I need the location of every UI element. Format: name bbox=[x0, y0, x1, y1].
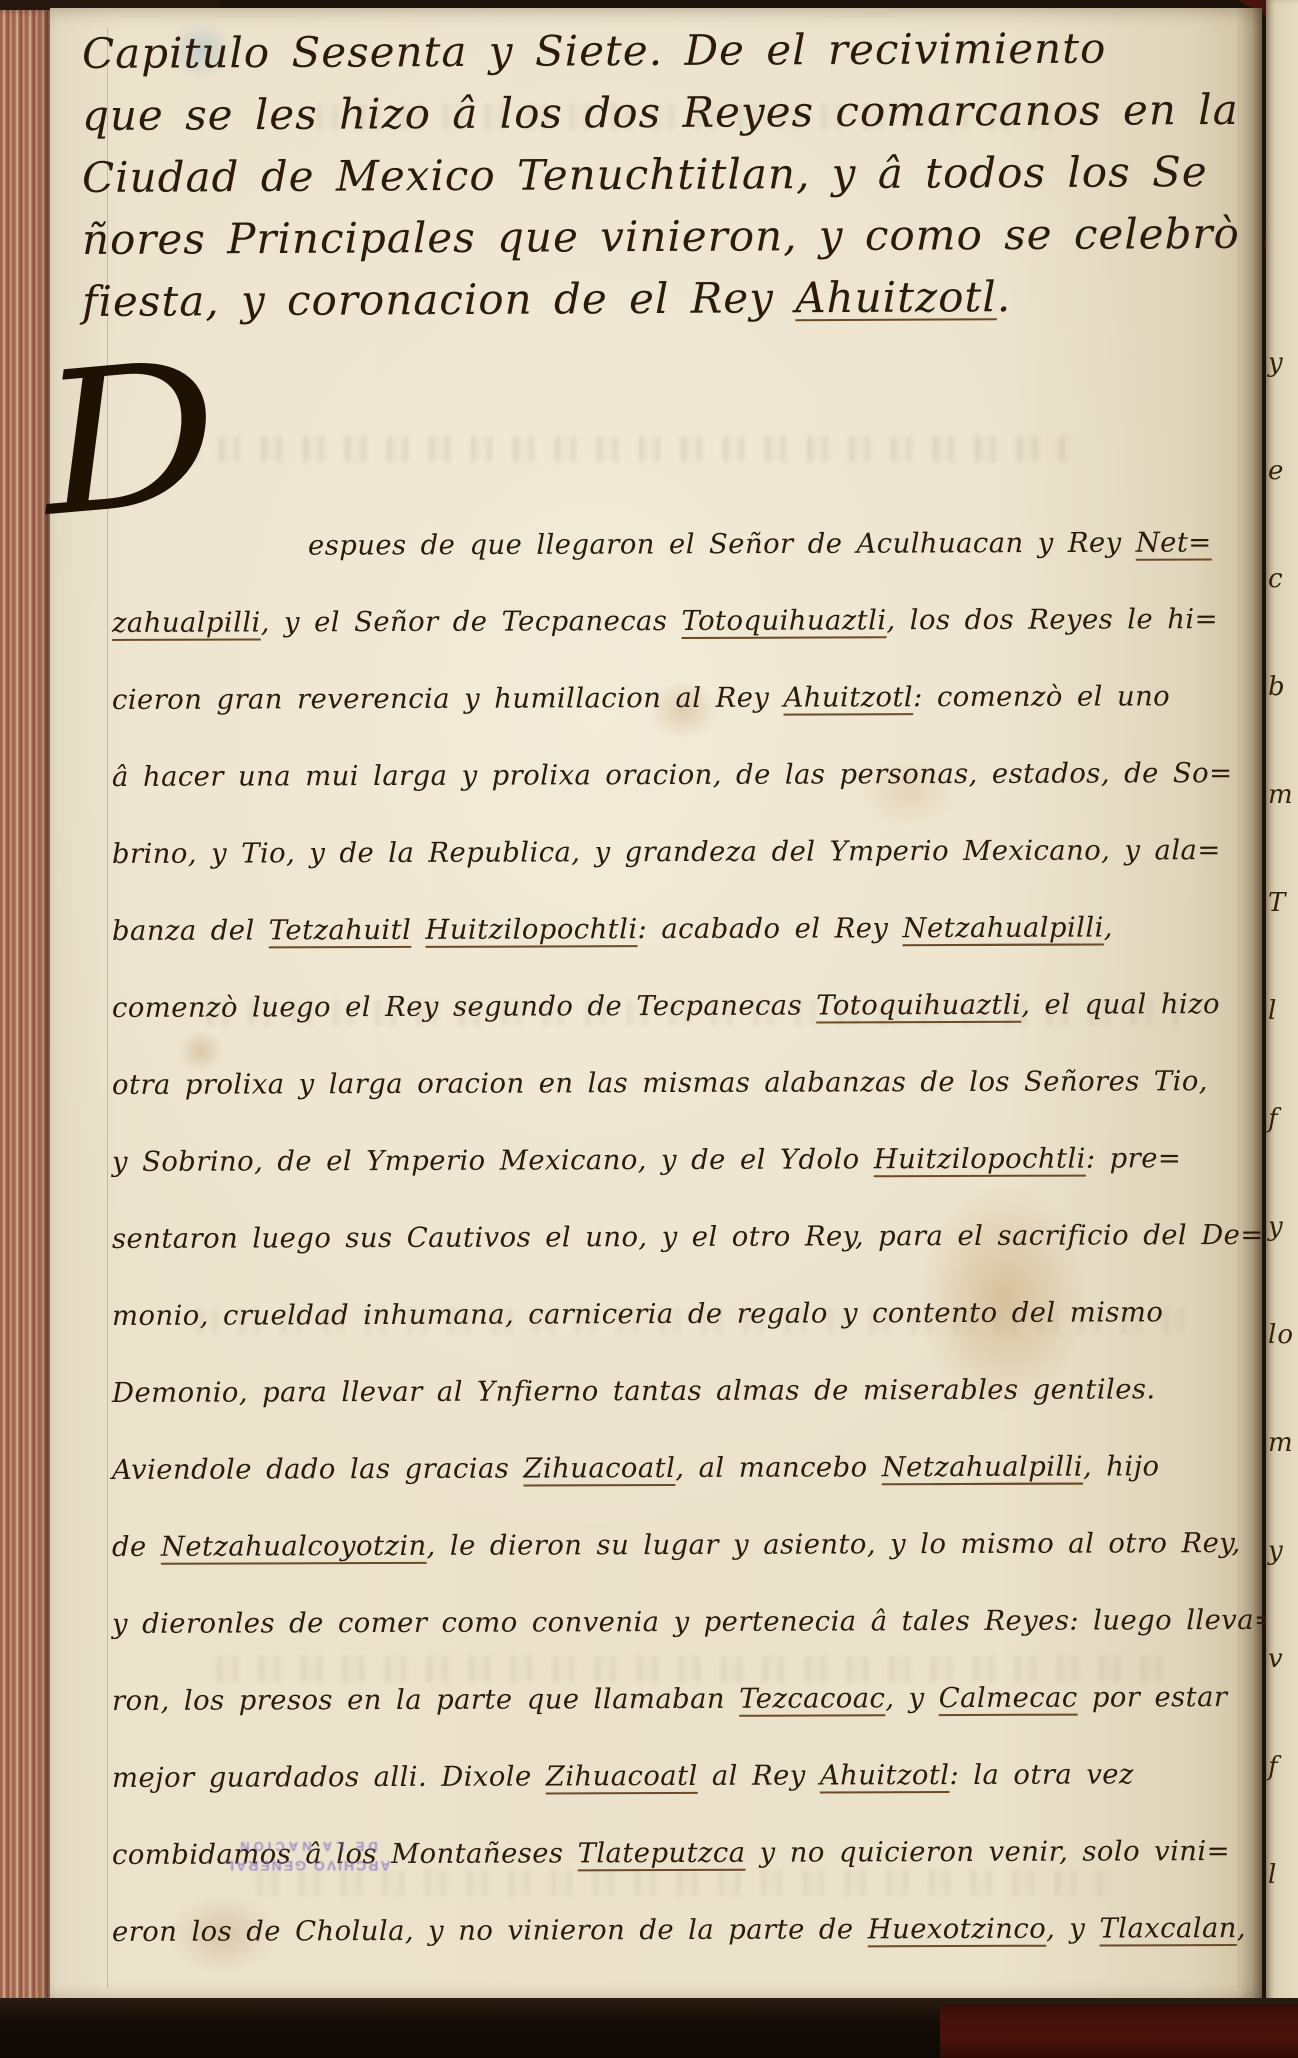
body-paragraph: espues de que llegaron el Señor de Aculh… bbox=[112, 506, 1237, 1969]
manuscript-line: eron los de Cholula, y no vinieron de la… bbox=[112, 1890, 1237, 1971]
title-line: que se les hizo â los dos Reyes comarcan… bbox=[82, 79, 1222, 147]
title-line: Capitulo Sesenta y Siete. De el recivimi… bbox=[82, 17, 1222, 85]
next-page-text-fragment: v bbox=[1268, 1644, 1298, 1674]
manuscript-line: â hacer una mui larga y prolixa oracion,… bbox=[112, 735, 1237, 816]
next-page-edge: yecbmTlfylomyvfl bbox=[1266, 0, 1298, 2004]
stamp-text-line1: ARCHIVO GENERAL bbox=[192, 1858, 422, 1874]
next-page-text-fragment: c bbox=[1268, 564, 1298, 594]
next-page-text-fragment: T bbox=[1268, 888, 1298, 918]
manuscript-line: comenzò luego el Rey segundo de Tecpanec… bbox=[112, 966, 1237, 1047]
binding-bottom-maroon bbox=[940, 2006, 1298, 2058]
manuscript-line: zahualpilli, y el Señor de Tecpanecas To… bbox=[112, 581, 1237, 662]
next-page-text-fragment: m bbox=[1268, 780, 1298, 810]
manuscript-line: y Sobrino, de el Ymperio Mexicano, y de … bbox=[112, 1120, 1237, 1201]
stamp-text-line2: DE LA NACION bbox=[192, 1839, 422, 1854]
next-page-text-fragment: f bbox=[1268, 1104, 1298, 1134]
next-page-text-fragment: l bbox=[1268, 1860, 1298, 1890]
book-page-edges-left bbox=[0, 10, 50, 2020]
next-page-text-fragment: y bbox=[1268, 1536, 1298, 1566]
next-page-text-fragment: l bbox=[1268, 996, 1298, 1026]
manuscript-line: ron, los presos en la parte que llamaban… bbox=[112, 1659, 1237, 1740]
manuscript-line: y dieronles de comer como convenia y per… bbox=[112, 1582, 1237, 1663]
manuscript-photo: Capitulo Sesenta y Siete. De el recivimi… bbox=[0, 0, 1298, 2058]
manuscript-line: sentaron luego sus Cautivos el uno, y el… bbox=[112, 1197, 1237, 1278]
manuscript-line: Demonio, para llevar al Ynfierno tantas … bbox=[112, 1351, 1237, 1432]
manuscript-line: Aviendole dado las gracias Zihuacoatl, a… bbox=[112, 1428, 1237, 1509]
next-page-text-fragment: m bbox=[1268, 1428, 1298, 1458]
manuscript-line: cieron gran reverencia y humillacion al … bbox=[112, 658, 1237, 739]
title-line: ñores Principales que vinieron, y como s… bbox=[82, 203, 1222, 271]
chapter-heading: Capitulo Sesenta y Siete. De el recivimi… bbox=[82, 20, 1222, 330]
manuscript-line: espues de que llegaron el Señor de Aculh… bbox=[308, 504, 1237, 584]
manuscript-line: mejor guardados alli. Dixole Zihuacoatl … bbox=[112, 1736, 1237, 1817]
manuscript-line: monio, crueldad inhumana, carniceria de … bbox=[112, 1274, 1237, 1355]
next-page-text-fragment: f bbox=[1268, 1752, 1298, 1782]
gutter-shadow bbox=[1236, 8, 1262, 2004]
archive-stamp: ARCHIVO GENERAL DE LA NACION bbox=[192, 1816, 422, 1874]
manuscript-line: de Netzahualcoyotzin, le dieron su lugar… bbox=[112, 1505, 1237, 1586]
next-page-text-fragment: lo bbox=[1268, 1320, 1298, 1350]
manuscript-line: brino, y Tio, y de la Republica, y grand… bbox=[112, 812, 1237, 893]
next-page-text-fragment: e bbox=[1268, 456, 1298, 486]
title-line: Ciudad de Mexico Tenuchtitlan, y â todos… bbox=[82, 141, 1222, 209]
next-page-text-fragment: y bbox=[1268, 1212, 1298, 1242]
next-page-text-fragment: y bbox=[1268, 348, 1298, 378]
next-page-text-fragment: b bbox=[1268, 672, 1298, 702]
manuscript-line: otra prolixa y larga oracion en las mism… bbox=[112, 1043, 1237, 1124]
manuscript-line: banza del Tetzahuitl Huitzilopochtli: ac… bbox=[112, 889, 1237, 970]
